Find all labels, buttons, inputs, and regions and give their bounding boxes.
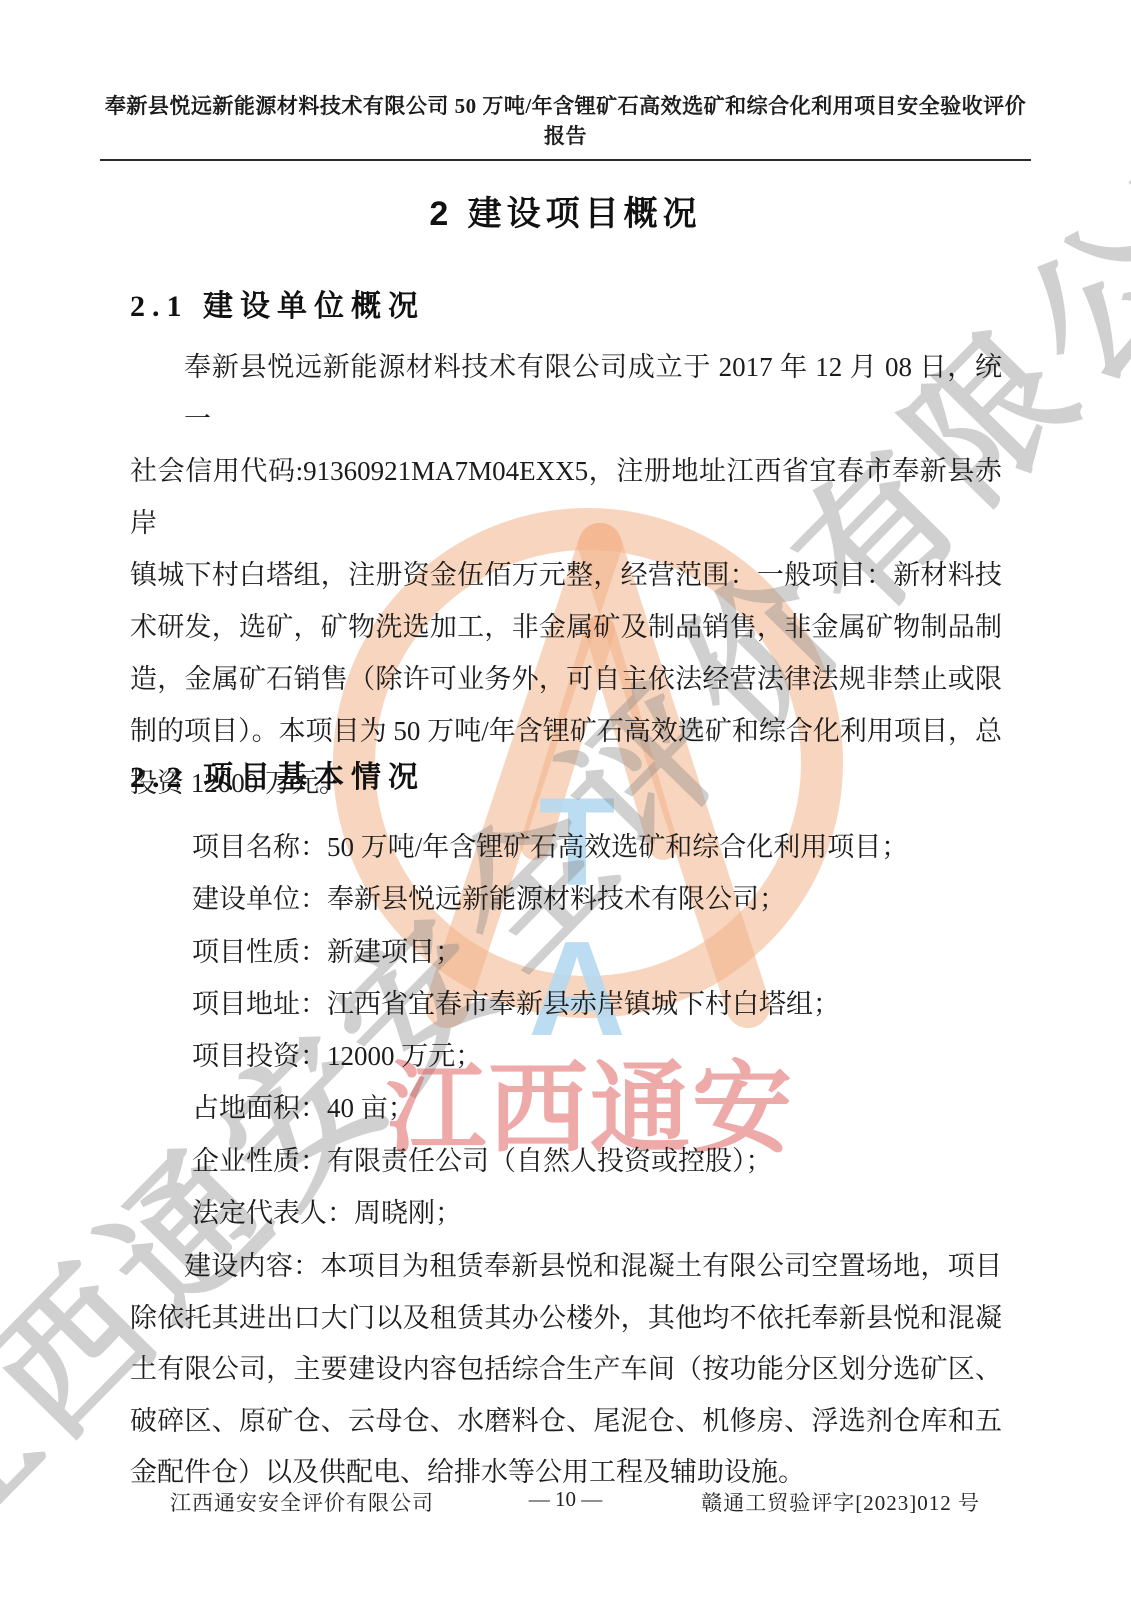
text-line: 土有限公司，主要建设内容包括综合生产车间（按功能分区划分选矿区、 xyxy=(130,1344,1002,1396)
section-heading-2-1: 2.1 建设单位概况 xyxy=(130,281,425,325)
text-line: 破碎区、原矿仓、云母仓、水磨料仓、尾泥仓、机修房、浮选剂仓库和五 xyxy=(130,1396,1002,1448)
text-line: 法定代表人：周晓刚； xyxy=(192,1187,1004,1239)
header-title: 奉新县悦远新能源材料技术有限公司 50 万吨/年含锂矿石高效选矿和综合化利用项目… xyxy=(105,94,1026,148)
footer-company: 江西通安安全评价有限公司 xyxy=(170,1487,434,1517)
text-line: 社会信用代码:91360921MA7M04EXX5，注册地址江西省宜春市奉新县赤… xyxy=(130,445,1002,549)
footer-doc-number: 赣通工贸验评字[2023]012 号 xyxy=(701,1487,980,1517)
document-page: T A 江西通安安全评价有限公司 江西通安 奉新县悦远新能源材料技术有限公司 5… xyxy=(0,0,1131,1600)
text-line: 建设内容：本项目为租赁奉新县悦和混凝土有限公司空置场地，项目 xyxy=(130,1241,1002,1293)
page-footer: 江西通安安全评价有限公司 — 10 — 赣通工贸验评字[2023]012 号 xyxy=(100,1487,1031,1517)
page-header: 奉新县悦远新能源材料技术有限公司 50 万吨/年含锂矿石高效选矿和综合化利用项目… xyxy=(100,90,1031,161)
page-title: 2 建设项目概况 xyxy=(0,186,1131,235)
project-info-list: 项目名称：50 万吨/年含锂矿石高效选矿和综合化利用项目；建设单位：奉新县悦远新… xyxy=(192,821,1004,1239)
text-line: 项目性质：新建项目； xyxy=(192,926,1004,978)
text-line: 制的项目）。本项目为 50 万吨/年含锂矿石高效选矿和综合化利用项目，总 xyxy=(130,705,1002,757)
text-line: 项目名称：50 万吨/年含锂矿石高效选矿和综合化利用项目； xyxy=(192,821,1004,873)
text-line: 建设单位：奉新县悦远新能源材料技术有限公司； xyxy=(192,873,1004,925)
text-line: 奉新县悦远新能源材料技术有限公司成立于 2017 年 12 月 08 日，统一 xyxy=(130,341,1002,445)
content-layer: 奉新县悦远新能源材料技术有限公司 50 万吨/年含锂矿石高效选矿和综合化利用项目… xyxy=(0,0,1131,1600)
text-line: 造，金属矿石销售（除许可业务外，可自主依法经营法律法规非禁止或限 xyxy=(130,653,1002,705)
section-heading-2-2: 2.2 项目基本情况 xyxy=(130,752,425,796)
paragraph-company-overview: 奉新县悦远新能源材料技术有限公司成立于 2017 年 12 月 08 日，统一社… xyxy=(130,341,1002,809)
footer-page-number: — 10 — xyxy=(529,1487,603,1512)
text-line: 占地面积：40 亩； xyxy=(192,1082,1004,1134)
text-line: 项目地址：江西省宜春市奉新县赤岸镇城下村白塔组； xyxy=(192,978,1004,1030)
text-line: 镇城下村白塔组，注册资金伍佰万元整，经营范围：一般项目：新材料技 xyxy=(130,549,1002,601)
paragraph-construction-content: 建设内容：本项目为租赁奉新县悦和混凝土有限公司空置场地，项目除依托其进出口大门以… xyxy=(130,1241,1002,1499)
text-line: 企业性质：有限责任公司（自然人投资或控股）； xyxy=(192,1135,1004,1187)
text-line: 项目投资：12000 万元； xyxy=(192,1030,1004,1082)
text-line: 术研发，选矿，矿物洗选加工，非金属矿及制品销售，非金属矿物制品制 xyxy=(130,601,1002,653)
text-line: 除依托其进出口大门以及租赁其办公楼外，其他均不依托奉新县悦和混凝 xyxy=(130,1293,1002,1345)
